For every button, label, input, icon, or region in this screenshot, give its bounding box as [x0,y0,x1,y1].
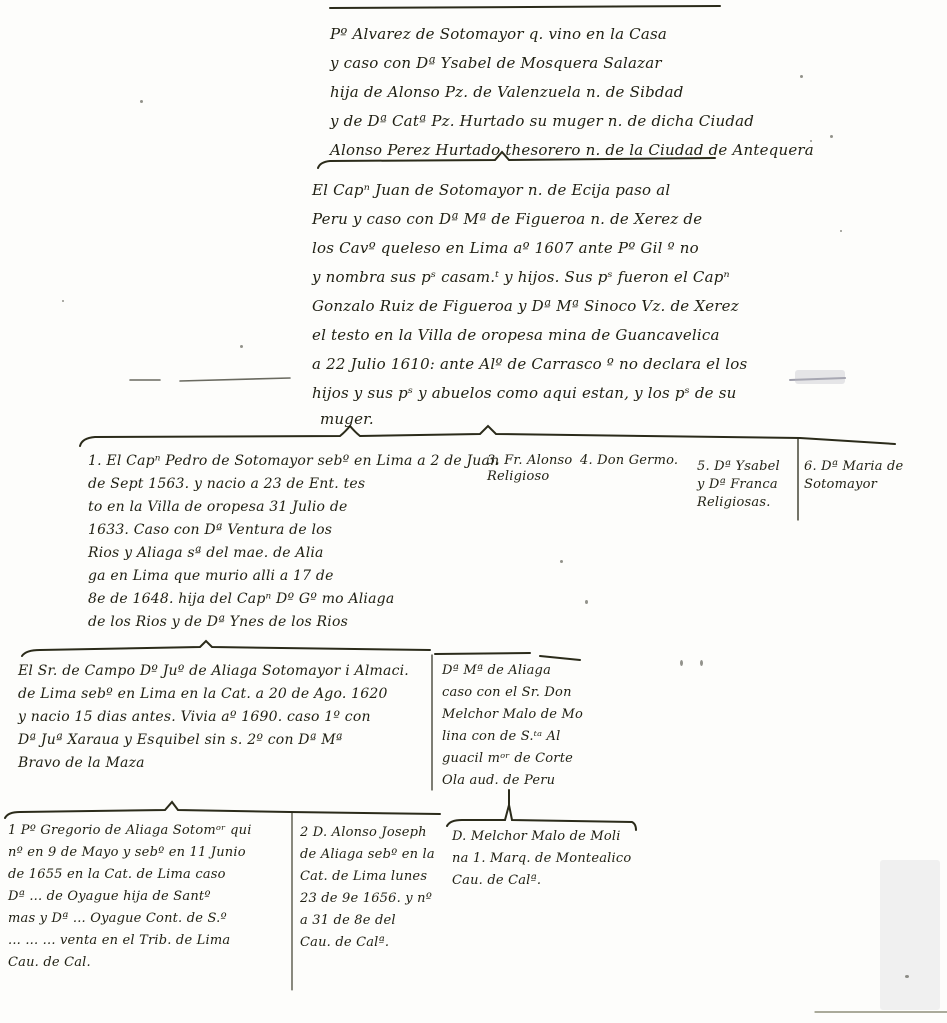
root-line: Alonso Perez Hurtado thesorero n. de la … [330,136,814,165]
scan-smudge [880,860,940,1010]
entry-line: Religiosas. [697,492,780,514]
entry-line: 1633. Caso con Dª Ventura de los [88,519,499,542]
grandchild-2-entry: Dª Mª de Aliaga caso con el Sr. Don Melc… [442,660,583,792]
entry-line: de Sept 1563. y nacio a 23 de Ent. tes [88,473,499,496]
child-1-entry: 1. El Capⁿ Pedro de Sotomayor sebº en Li… [88,450,499,634]
entry-line: a 31 de 8e del [300,910,435,932]
entry-line: ga en Lima que murio alli a 17 de [88,565,499,588]
scan-smudge [795,370,845,384]
scan-speck [585,600,588,604]
child-3-entry: 3. Fr. Alonso Religioso [487,450,572,488]
entry-line: hijos y sus pˢ y abuelos como aqui estan… [312,379,747,408]
entry-line: 1 Pº Gregorio de Aliaga Sotomᵒʳ qui [8,820,252,842]
great-grandchild-2-entry: 2 D. Alonso Joseph de Aliaga sebº en la … [300,822,435,954]
entry-line: El Sr. de Campo Dº Juº de Aliaga Sotomay… [18,660,409,683]
entry-line: guacil mᵒʳ de Corte [442,748,583,770]
entry-line: Melchor Malo de Mo [442,704,583,726]
entry-line: Cau. de Calª. [300,932,435,954]
entry-line: 8e de 1648. hija del Capⁿ Dº Gº mo Aliag… [88,588,499,611]
entry-line: lina con de S.ᵗᵃ Al [442,726,583,748]
entry-line: mas y Dª ... Oyague Cont. de S.º [8,908,252,930]
entry-line: Dª Juª Xaraua y Esquibel sin s. 2º con D… [18,729,409,752]
entry-line: Cau. de Calª. [452,870,631,892]
entry-line: D. Melchor Malo de Moli [452,826,631,848]
entry-line: nº en 9 de Mayo y sebº en 11 Junio [8,842,252,864]
grandchild-1-entry: El Sr. de Campo Dº Juº de Aliaga Sotomay… [18,660,409,775]
root-line: y de Dª Catª Pz. Hurtado su muger n. de … [330,107,814,136]
great-grandchild-1-entry: 1 Pº Gregorio de Aliaga Sotomᵒʳ qui nº e… [8,820,252,974]
entry-line: Gonzalo Ruiz de Figueroa y Dª Mª Sinoco … [312,292,747,321]
scan-speck [240,345,243,348]
entry-line: ... ... ... venta en el Trib. de Lima [8,930,252,952]
entry-line: to en la Villa de oropesa 31 Julio de [88,496,499,519]
entry-line: el testo en la Villa de oropesa mina de … [312,321,747,350]
scan-speck [905,975,909,978]
entry-line: El Capⁿ Juan de Sotomayor n. de Ecija pa… [312,176,747,205]
generation-2-entry: El Capⁿ Juan de Sotomayor n. de Ecija pa… [312,176,747,430]
entry-line: Dª Mª de Aliaga [442,660,583,682]
entry-line: 23 de 9e 1656. y nº [300,888,435,910]
entry-line: Ola aud. de Peru [442,770,583,792]
root-line: y caso con Dª Ysabel de Mosquera Salazar [330,49,814,78]
entry-line: na 1. Marq. de Montealico [452,848,631,870]
scan-speck [700,660,703,666]
entry-line: caso con el Sr. Don [442,682,583,704]
entry-line: Cat. de Lima lunes [300,866,435,888]
entry-line: Rios y Aliaga sª del mae. de Alia [88,542,499,565]
entry-line: y nombra sus pˢ casam.ᵗ y hijos. Sus pˢ … [312,263,747,292]
scan-speck [680,660,683,666]
entry-line: Dª ... de Oyague hija de Santº [8,886,252,908]
entry-line: de Aliaga sebº en la [300,844,435,866]
entry-line: Peru y caso con Dª Mª de Figueroa n. de … [312,205,747,234]
child-5-entry: 5. Dª Ysabel y Dª Franca Religiosas. [697,456,780,514]
entry-line: 1. El Capⁿ Pedro de Sotomayor sebº en Li… [88,450,499,473]
entry-line: muger. [312,408,747,430]
scan-speck [840,230,842,232]
entry-line: 2 D. Alonso Joseph [300,822,435,844]
root-line: hija de Alonso Pz. de Valenzuela n. de S… [330,78,814,107]
scan-speck [560,560,563,563]
entry-line: y nacio 15 dias antes. Vivia aº 1690. ca… [18,706,409,729]
child-6-entry: 6. Dª Maria de Sotomayor [804,456,903,496]
entry-line: 4. Don Germo. [580,450,678,472]
entry-line: los Cavº queleso en Lima aº 1607 ante Pº… [312,234,747,263]
scan-speck [140,100,143,103]
scan-speck [62,300,64,302]
child-4-entry: 4. Don Germo. [580,450,678,472]
entry-line: Bravo de la Maza [18,752,409,775]
manuscript-page: Pº Alvarez de Sotomayor q. vino en la Ca… [0,0,947,1023]
scan-speck [830,135,833,138]
entry-line: Cau. de Cal. [8,952,252,974]
great-grandchild-3-entry: D. Melchor Malo de Moli na 1. Marq. de M… [452,826,631,892]
entry-line: de 1655 en la Cat. de Lima caso [8,864,252,886]
entry-line: a 22 Julio 1610: ante Alº de Carrasco º … [312,350,747,379]
entry-line: de los Rios y de Dª Ynes de los Rios [88,611,499,634]
entry-line: de Lima sebº en Lima en la Cat. a 20 de … [18,683,409,706]
root-entry: Pº Alvarez de Sotomayor q. vino en la Ca… [330,20,814,165]
root-line: Pº Alvarez de Sotomayor q. vino en la Ca… [330,20,814,49]
